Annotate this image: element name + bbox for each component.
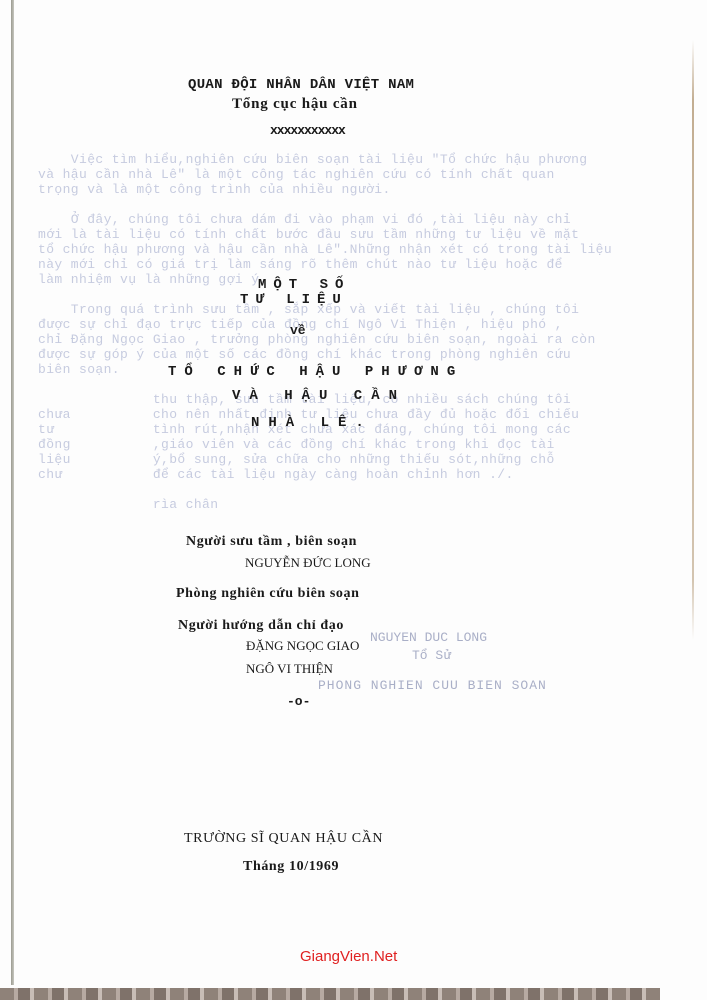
institution-name: TRƯỜNG SĨ QUAN HẬU CẦN: [184, 831, 383, 847]
document-date: Tháng 10/1969: [243, 859, 339, 875]
bleed-line: đồng ,giáo viên và các đồng chí khác tro…: [38, 437, 612, 452]
title-line-1: MỘT SỐ: [258, 277, 350, 293]
advisor-label: Người hướng dẫn chỉ đạo: [178, 618, 344, 634]
title-line-4: TỔ CHỨC HẬU PHƯƠNG: [168, 364, 463, 380]
bleed-line: Ở đây, chúng tôi chưa dám đi vào phạm vi…: [38, 212, 612, 227]
bleed-signature-name: NGUYEN DUC LONG: [370, 630, 487, 645]
bleed-line: chư để các tài liệu ngày càng hoàn chỉnh…: [38, 467, 612, 482]
bleed-line: Việc tìm hiểu,nghiên cứu biên soạn tài l…: [38, 152, 612, 167]
title-line-3: về: [290, 323, 306, 338]
compiler-label: Người sưu tầm , biên soạn: [186, 534, 357, 550]
bleed-line: trọng và là một công trình của nhiều ngư…: [38, 182, 612, 197]
bleed-line: này mới chỉ có giá trị làm sáng rõ thêm …: [38, 257, 612, 272]
bleed-line: được sự chỉ đạo trực tiếp của đồng chí N…: [38, 317, 612, 332]
advisor-name-1: ĐẶNG NGỌC GIAO: [246, 638, 359, 654]
compiler-name: NGUYỄN ĐỨC LONG: [245, 555, 371, 571]
advisor-name-2: NGÔ VI THIỆN: [246, 661, 333, 677]
bleed-signature-unit: PHONG NGHIEN CUU BIEN SOAN: [318, 678, 547, 693]
title-line-6: NHÀ LÊ.: [251, 415, 373, 431]
bleed-through-text: Việc tìm hiểu,nghiên cứu biên soạn tài l…: [38, 152, 612, 512]
bleed-line: tổ chức hậu phương và hậu cần nhà Lê".Nh…: [38, 242, 612, 257]
department-name: Tổng cục hậu cần: [232, 96, 358, 113]
bleed-line: rìa chân: [38, 497, 612, 512]
title-line-5: VÀ HẬU CẦN: [232, 388, 406, 404]
bleed-signature-role: Tổ Sử: [412, 648, 451, 663]
organization-name: QUAN ĐỘI NHÂN DÂN VIỆT NAM: [188, 77, 414, 93]
bleed-line: chỉ Đặng Ngọc Giao , trưởng phòng nghiên…: [38, 332, 612, 347]
bleed-line: mới là tài liệu có tính chất bước đầu sư…: [38, 227, 612, 242]
paper-right-edge: [692, 40, 694, 640]
bleed-line: liệu ý,bổ sung, sửa chữa cho những thiếu…: [38, 452, 612, 467]
end-mark: -o-: [287, 694, 310, 709]
title-line-2: TƯ LIỆU: [240, 292, 348, 308]
office-name: Phòng nghiên cứu biên soạn: [176, 586, 360, 602]
bleed-line: và hậu cần nhà Lê" là một công tác nghiê…: [38, 167, 612, 182]
paper-left-edge: [11, 0, 14, 985]
document-page: Việc tìm hiểu,nghiên cứu biên soạn tài l…: [0, 0, 707, 1000]
header-separator: xxxxxxxxxxx: [270, 123, 345, 138]
bleed-line: [38, 482, 612, 497]
paper-bottom-edge: [0, 988, 660, 1000]
bleed-line: [38, 197, 612, 212]
watermark-text: GiangVien.Net: [300, 948, 397, 965]
bleed-line: được sự góp ý của một số các đồng chí kh…: [38, 347, 612, 362]
